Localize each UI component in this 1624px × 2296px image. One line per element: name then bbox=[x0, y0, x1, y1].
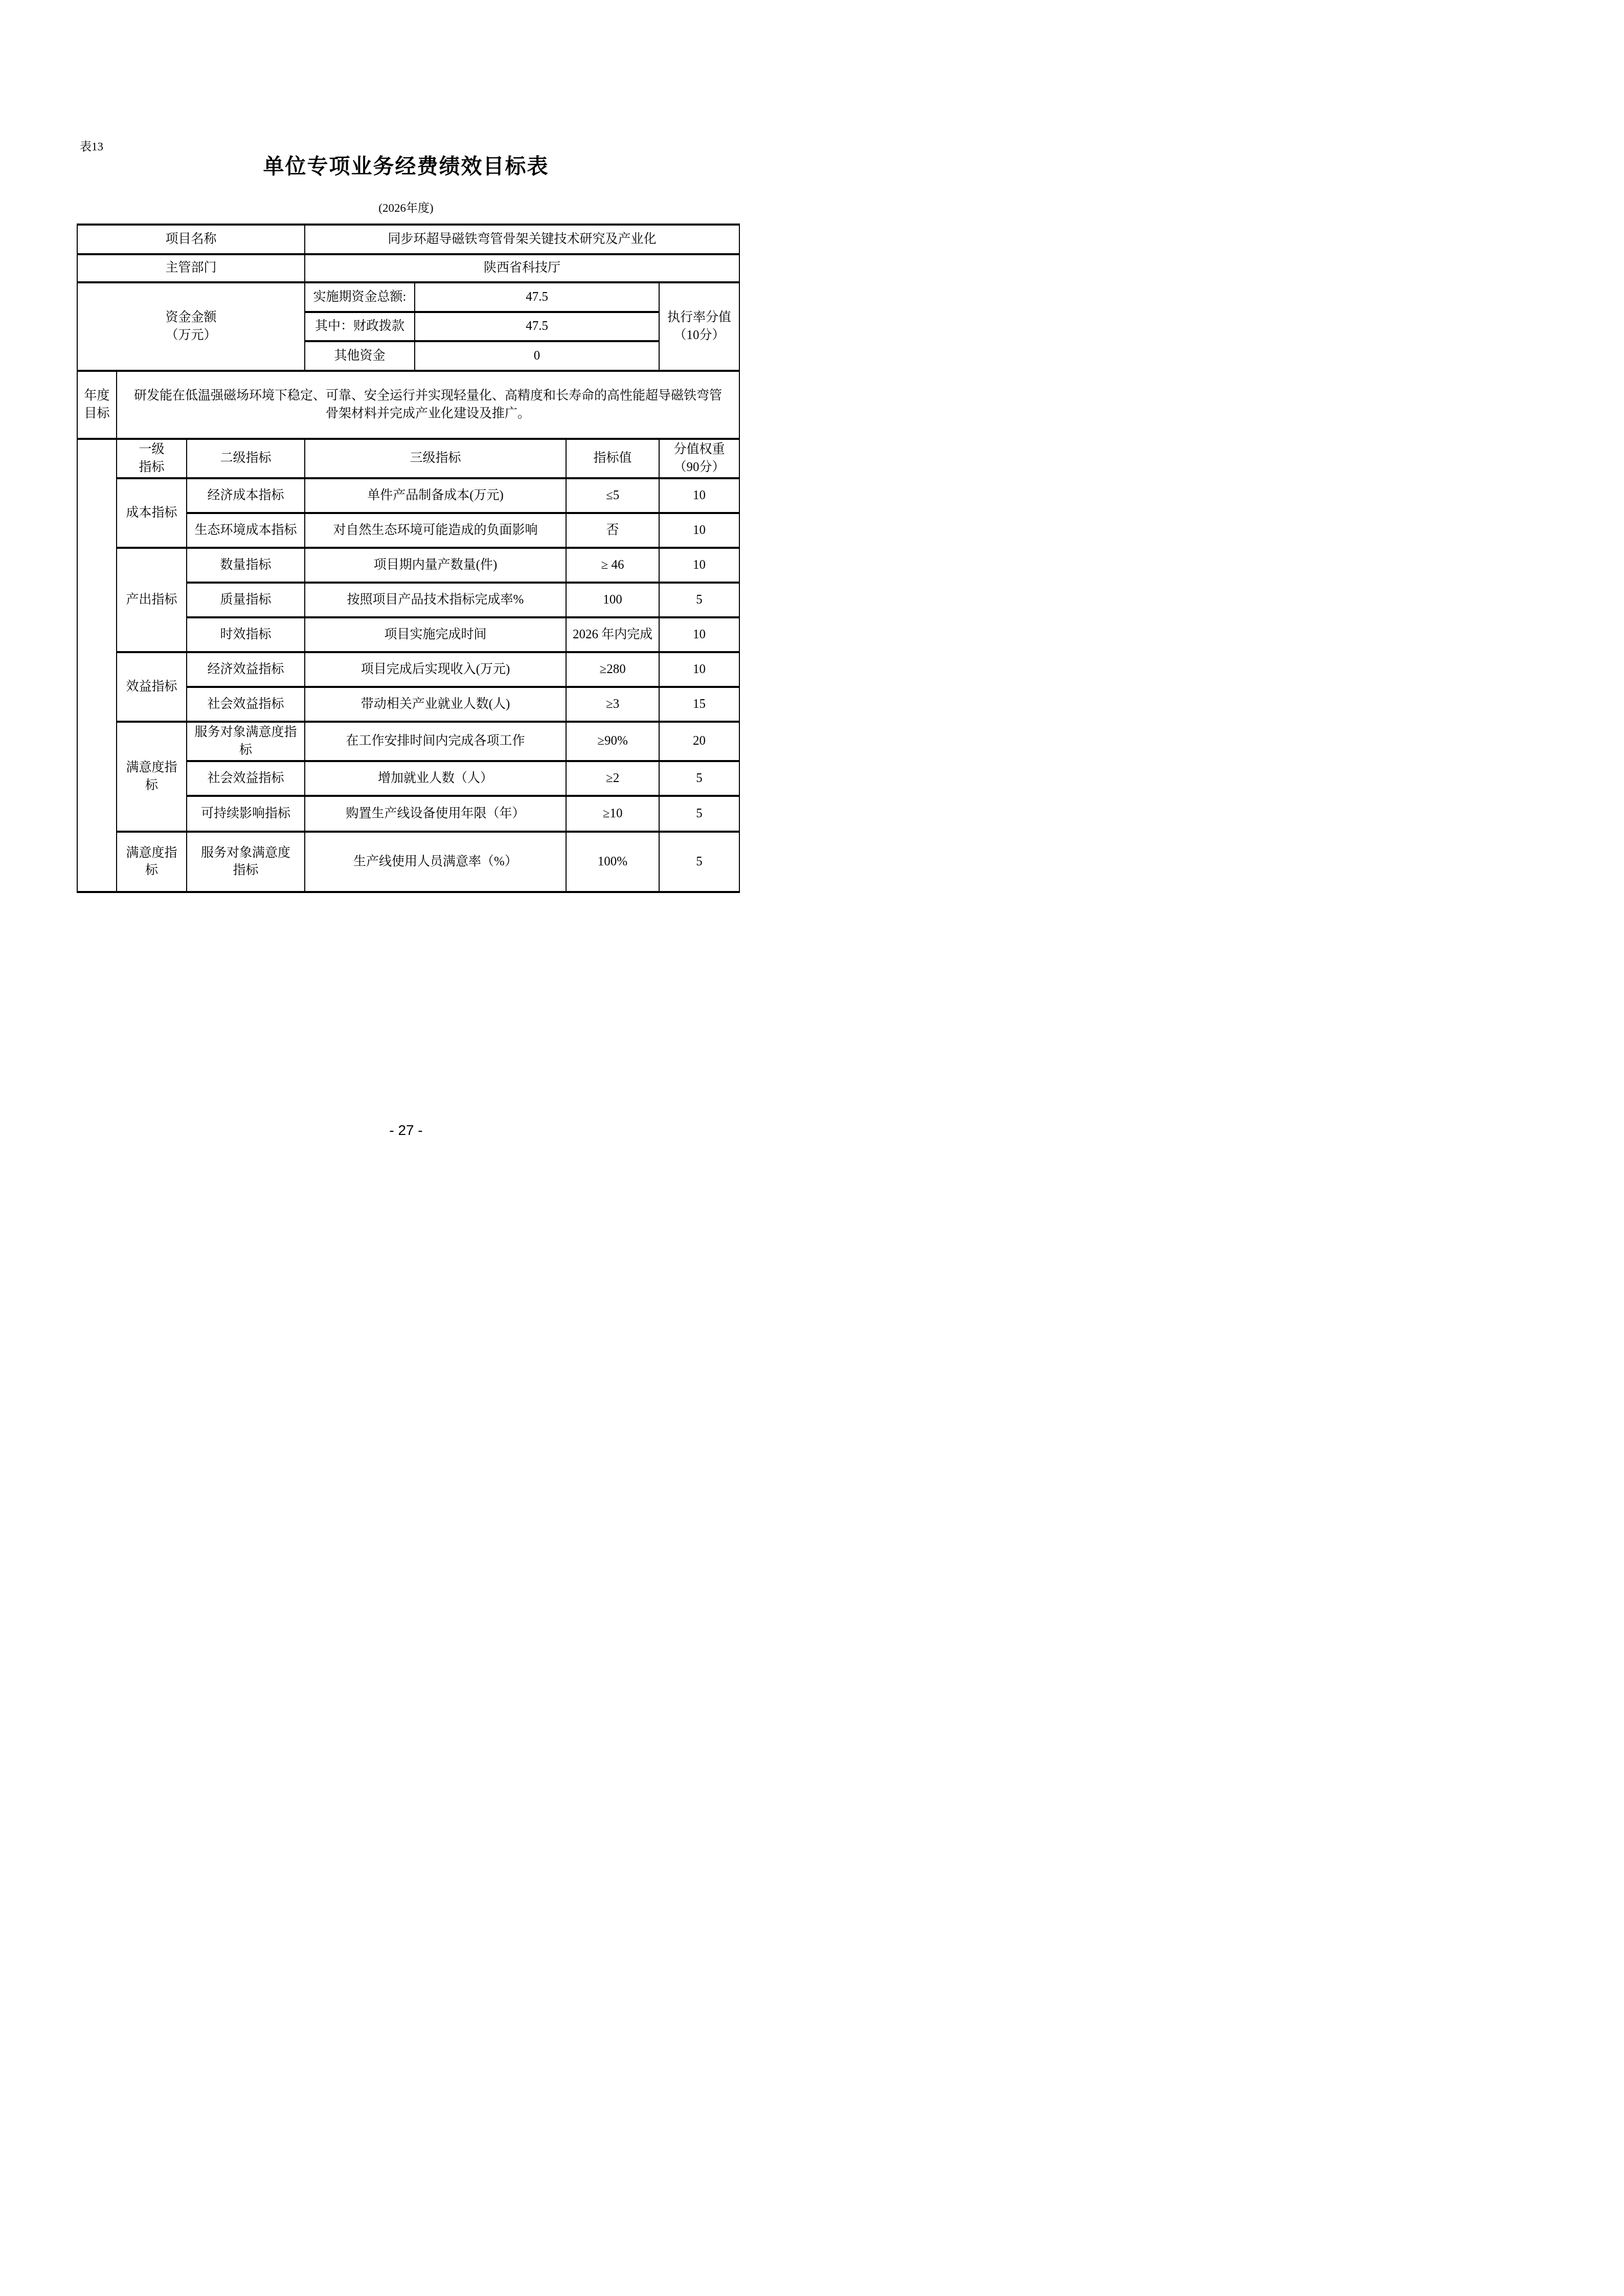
project-name-label: 项目名称 bbox=[77, 225, 305, 254]
level3-cell: 对自然生态环境可能造成的负面影响 bbox=[305, 513, 566, 548]
indicator-header-row: 一级 指标 二级指标 三级指标 指标值 分值权重 （90分） bbox=[77, 439, 739, 478]
annual-goal-text: 研发能在低温强磁场环境下稳定、可靠、安全运行并实现轻量化、高精度和长寿命的高性能… bbox=[117, 371, 739, 439]
page-subtitle: (2026年度) bbox=[0, 198, 812, 215]
weight-cell: 5 bbox=[659, 583, 739, 617]
level2-cell: 服务对象满意度 指标 bbox=[187, 832, 305, 892]
header-value: 指标值 bbox=[566, 439, 659, 478]
value-cell: ≥10 bbox=[566, 796, 659, 832]
annual-goal-row: 年度 目标 研发能在低温强磁场环境下稳定、可靠、安全运行并实现轻量化、高精度和长… bbox=[77, 371, 739, 439]
level3-cell: 在工作安排时间内完成各项工作 bbox=[305, 722, 566, 761]
page-title: 单位专项业务经费绩效目标表 bbox=[0, 149, 812, 180]
value-cell: ≥3 bbox=[566, 687, 659, 722]
value-cell: ≥2 bbox=[566, 761, 659, 796]
weight-cell: 5 bbox=[659, 796, 739, 832]
level3-cell: 生产线使用人员满意率（%） bbox=[305, 832, 566, 892]
indicator-row: 效益指标 经济效益指标 项目完成后实现收入(万元) ≥280 10 bbox=[77, 652, 739, 687]
funding-total-row: 资金金额 （万元） 实施期资金总额: 47.5 执行率分值 （10分） bbox=[77, 282, 739, 312]
department-row: 主管部门 陕西省科技厅 bbox=[77, 254, 739, 282]
execution-rate-score-label: 执行率分值 （10分） bbox=[659, 282, 739, 371]
level3-cell: 项目实施完成时间 bbox=[305, 617, 566, 652]
level3-cell: 单件产品制备成本(万元) bbox=[305, 478, 566, 513]
page-number: - 27 - bbox=[0, 1122, 812, 1139]
weight-cell: 10 bbox=[659, 652, 739, 687]
header-level1: 一级 指标 bbox=[117, 439, 187, 478]
department-label: 主管部门 bbox=[77, 254, 305, 282]
level2-cell: 社会效益指标 bbox=[187, 761, 305, 796]
funding-other-value: 0 bbox=[415, 341, 659, 371]
level3-cell: 增加就业人数（人） bbox=[305, 761, 566, 796]
spacer-cell bbox=[77, 439, 117, 892]
department-value: 陕西省科技厅 bbox=[305, 254, 739, 282]
funding-total-value: 47.5 bbox=[415, 282, 659, 312]
project-name-value: 同步环超导磁铁弯管骨架关键技术研究及产业化 bbox=[305, 225, 739, 254]
funding-other-label: 其他资金 bbox=[305, 341, 415, 371]
level2-cell: 经济效益指标 bbox=[187, 652, 305, 687]
level3-cell: 带动相关产业就业人数(人) bbox=[305, 687, 566, 722]
value-cell: 2026 年内完成 bbox=[566, 617, 659, 652]
header-level2: 二级指标 bbox=[187, 439, 305, 478]
level2-cell: 生态环境成本指标 bbox=[187, 513, 305, 548]
header-level3: 三级指标 bbox=[305, 439, 566, 478]
weight-cell: 15 bbox=[659, 687, 739, 722]
level1-satisfaction-2: 满意度指 标 bbox=[117, 832, 187, 892]
value-cell: ≤5 bbox=[566, 478, 659, 513]
performance-target-table: 项目名称 同步环超导磁铁弯管骨架关键技术研究及产业化 主管部门 陕西省科技厅 资… bbox=[77, 224, 740, 893]
weight-cell: 10 bbox=[659, 513, 739, 548]
weight-cell: 10 bbox=[659, 548, 739, 583]
indicator-row: 成本指标 经济成本指标 单件产品制备成本(万元) ≤5 10 bbox=[77, 478, 739, 513]
weight-cell: 5 bbox=[659, 832, 739, 892]
weight-cell: 10 bbox=[659, 478, 739, 513]
level1-cost: 成本指标 bbox=[117, 478, 187, 548]
value-cell: 100% bbox=[566, 832, 659, 892]
weight-cell: 20 bbox=[659, 722, 739, 761]
level2-cell: 数量指标 bbox=[187, 548, 305, 583]
level2-cell: 质量指标 bbox=[187, 583, 305, 617]
level3-cell: 购置生产线设备使用年限（年） bbox=[305, 796, 566, 832]
funding-amount-label: 资金金额 （万元） bbox=[77, 282, 305, 371]
level3-cell: 项目期内量产数量(件) bbox=[305, 548, 566, 583]
funding-fiscal-value: 47.5 bbox=[415, 312, 659, 341]
value-cell: ≥90% bbox=[566, 722, 659, 761]
level1-output: 产出指标 bbox=[117, 548, 187, 652]
indicator-row: 产出指标 数量指标 项目期内量产数量(件) ≥ 46 10 bbox=[77, 548, 739, 583]
funding-total-label: 实施期资金总额: bbox=[305, 282, 415, 312]
project-name-row: 项目名称 同步环超导磁铁弯管骨架关键技术研究及产业化 bbox=[77, 225, 739, 254]
level1-satisfaction: 满意度指 标 bbox=[117, 722, 187, 832]
value-cell: 100 bbox=[566, 583, 659, 617]
level2-cell: 时效指标 bbox=[187, 617, 305, 652]
level2-cell: 服务对象满意度指 标 bbox=[187, 722, 305, 761]
level1-benefit: 效益指标 bbox=[117, 652, 187, 722]
weight-cell: 5 bbox=[659, 761, 739, 796]
value-cell: 否 bbox=[566, 513, 659, 548]
annual-goal-label: 年度 目标 bbox=[77, 371, 117, 439]
weight-cell: 10 bbox=[659, 617, 739, 652]
header-weight: 分值权重 （90分） bbox=[659, 439, 739, 478]
indicator-row: 满意度指 标 服务对象满意度指 标 在工作安排时间内完成各项工作 ≥90% 20 bbox=[77, 722, 739, 761]
level3-cell: 按照项目产品技术指标完成率% bbox=[305, 583, 566, 617]
indicator-row: 满意度指 标 服务对象满意度 指标 生产线使用人员满意率（%） 100% 5 bbox=[77, 832, 739, 892]
funding-fiscal-label: 其中：财政拨款 bbox=[305, 312, 415, 341]
level2-cell: 可持续影响指标 bbox=[187, 796, 305, 832]
level3-cell: 项目完成后实现收入(万元) bbox=[305, 652, 566, 687]
level2-cell: 社会效益指标 bbox=[187, 687, 305, 722]
level2-cell: 经济成本指标 bbox=[187, 478, 305, 513]
value-cell: ≥ 46 bbox=[566, 548, 659, 583]
value-cell: ≥280 bbox=[566, 652, 659, 687]
